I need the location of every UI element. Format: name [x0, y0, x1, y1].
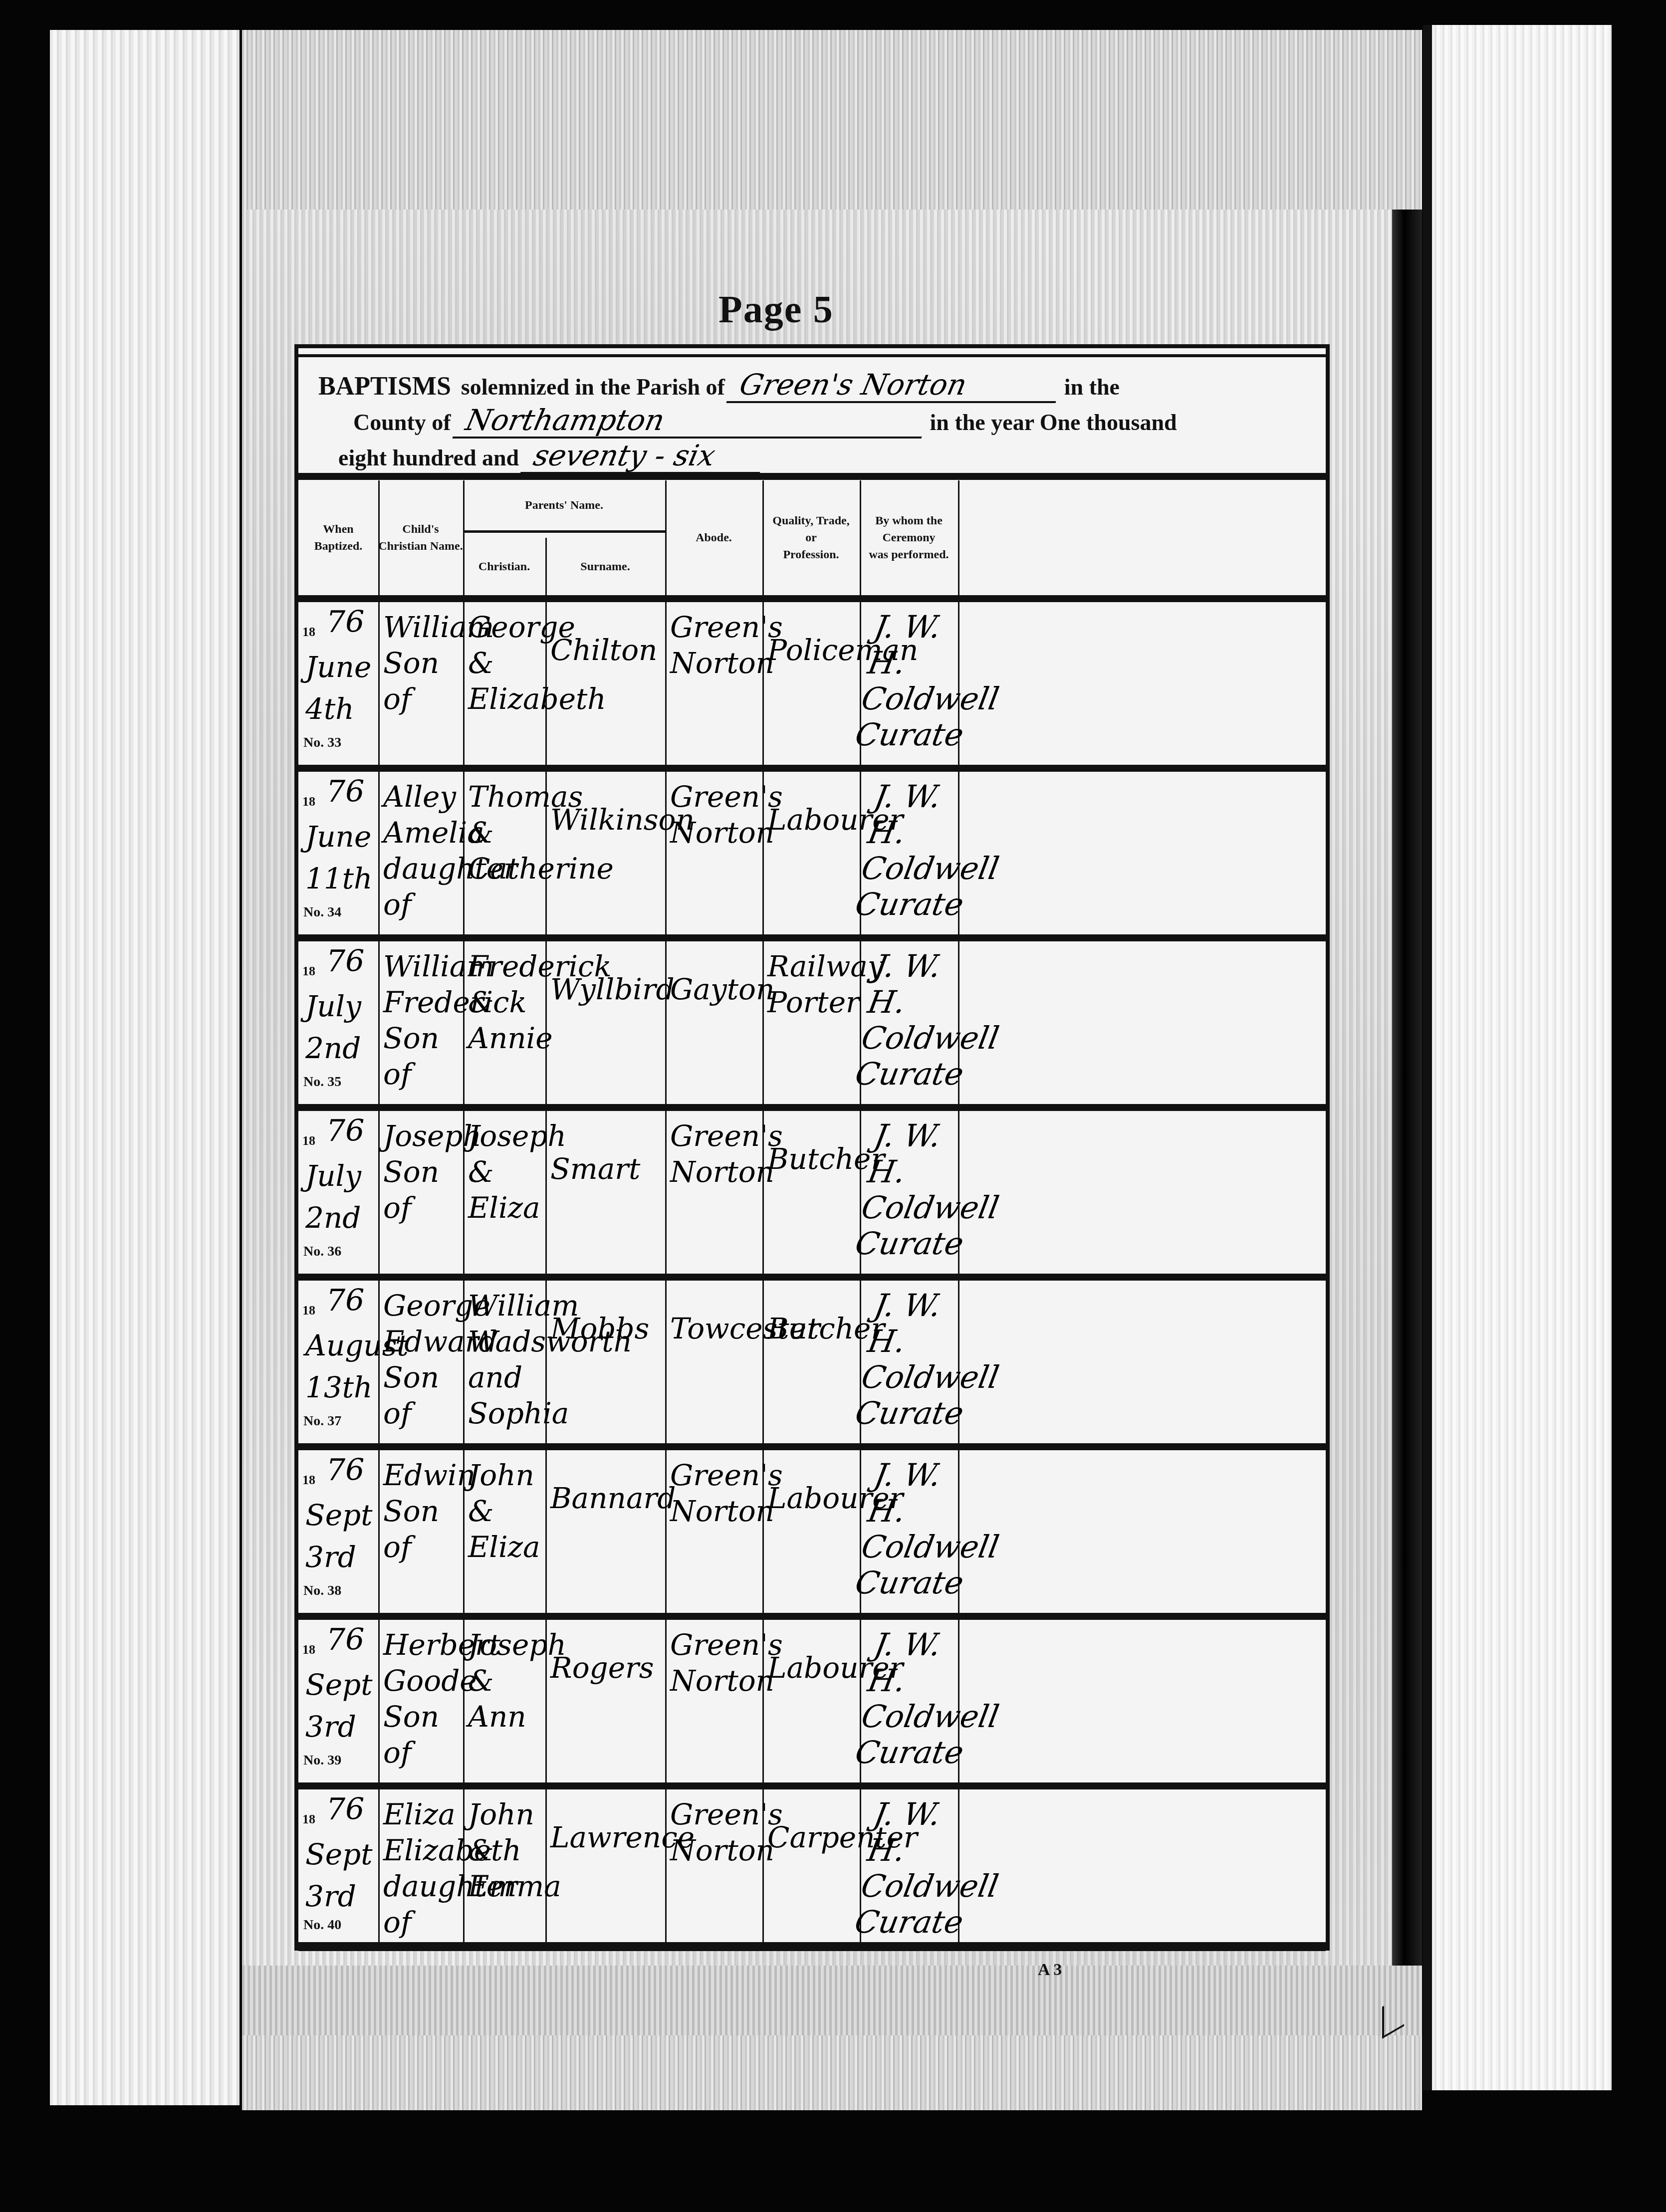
cell-parents-christian: William Wadsworth and Sophia — [463, 1281, 545, 1443]
parish-name-handwritten: Green's Norton — [726, 368, 1063, 403]
table-row: 18 76 August 13th No. 37 George Edward S… — [298, 1274, 1326, 1443]
entry-number: No. 35 — [303, 1064, 341, 1100]
microfilm-left-strip — [50, 30, 239, 2105]
heading-lead-word: BAPTISMS — [318, 370, 451, 403]
cell-parents-christian: George & Elizabeth — [463, 602, 545, 765]
entry-number: No. 33 — [303, 725, 341, 761]
year-suffix: 76 — [326, 1791, 364, 1827]
heading-line1-tail: in the — [1064, 371, 1120, 404]
county-name-handwritten: Northampton — [452, 404, 929, 439]
row-divider — [298, 1782, 1326, 1789]
cell-parents-christian: Frederick & Annie — [463, 941, 545, 1104]
cell-quality: Labourer — [762, 1620, 860, 1782]
baptism-date: June 4th — [305, 646, 371, 730]
table-row: 18 76 Sept 3rd No. 38 Edwin Son of John … — [298, 1443, 1326, 1613]
heading-line2-tail: in the year One thousand — [930, 406, 1177, 439]
baptism-table: When Baptized. Child's Christian Name. P… — [298, 480, 1326, 1947]
entry-number: No. 36 — [303, 1234, 341, 1270]
year-prefix: 18 — [302, 1632, 315, 1668]
year-suffix: 76 — [326, 604, 364, 640]
cell-when-baptized: 18 76 July 2nd No. 36 — [298, 1111, 378, 1274]
header-label: Child's Christian Name. — [378, 521, 463, 555]
row-divider — [298, 765, 1326, 772]
baptism-register-form: BAPTISMS solemnized in the Parish of Gre… — [294, 344, 1330, 1951]
header-abode: Abode. — [665, 480, 762, 595]
cell-surname: Rogers — [545, 1620, 665, 1782]
baptism-date: June 11th — [305, 816, 372, 899]
heading-line-3: eight hundred and seventy - six — [318, 439, 1316, 474]
table-row: 18 76 June 4th No. 33 William Son of Geo… — [298, 595, 1326, 765]
form-top-rule — [298, 354, 1326, 357]
row-divider — [298, 1443, 1326, 1450]
cell-surname: Mobbs — [545, 1281, 665, 1443]
cell-quality: Carpenter — [762, 1789, 860, 1947]
year-prefix: 18 — [302, 1123, 315, 1159]
header-when-baptized: When Baptized. — [298, 480, 378, 595]
year-prefix: 18 — [302, 953, 315, 989]
year-prefix: 18 — [302, 614, 315, 650]
cell-quality: Butcher — [762, 1111, 860, 1274]
cell-surname: Wyllbird — [545, 941, 665, 1104]
header-officiant: By whom the Ceremony was performed. — [860, 480, 958, 595]
cell-child-name: William Frederick Son of — [378, 941, 463, 1104]
parents-header-rule — [463, 530, 665, 533]
cell-officiant: J. W. H. Coldwell Curate — [845, 1281, 972, 1443]
cell-when-baptized: 18 76 Sept 3rd No. 40 — [298, 1789, 378, 1947]
year-prefix: 18 — [302, 1293, 315, 1328]
heading-county-label: County of — [353, 406, 451, 439]
header-label: Christian. — [463, 558, 545, 575]
year-prefix: 18 — [302, 1801, 315, 1837]
cell-officiant: J. W. H. Coldwell Curate — [846, 1789, 972, 1947]
page-number: Page 5 — [718, 287, 834, 332]
cell-parents-christian: John & Eliza — [463, 1450, 545, 1613]
cell-quality: Labourer — [762, 772, 860, 934]
cell-child-name: Joseph Son of — [378, 1111, 463, 1274]
header-label: Quality, Trade, or Profession. — [762, 512, 860, 563]
cell-parents-christian: John & Emma — [463, 1789, 545, 1947]
table-row: 18 76 June 11th No. 34 Alley Amelia daug… — [298, 765, 1326, 934]
table-row: 18 76 Sept 3rd No. 40 Eliza Elizabeth da… — [298, 1782, 1326, 1947]
page-bottom-margin — [242, 1966, 1422, 2035]
year-handwritten: seventy - six — [520, 439, 767, 474]
header-label: Parents' Name. — [463, 497, 665, 514]
cell-quality: Railway Porter — [762, 941, 860, 1104]
cell-officiant: J. W. H. Coldwell Curate — [845, 1450, 972, 1613]
cell-when-baptized: 18 76 June 4th No. 33 — [298, 602, 378, 765]
header-label: Abode. — [665, 529, 762, 546]
cell-child-name: Edwin Son of — [378, 1450, 463, 1613]
cell-quality: Policeman — [762, 602, 860, 765]
cell-parents-christian: Joseph & Eliza — [463, 1111, 545, 1274]
cell-officiant: J. W. H. Coldwell Curate — [845, 772, 972, 934]
cell-abode: Gayton — [665, 941, 762, 1104]
entry-number: No. 37 — [303, 1403, 341, 1439]
header-quality: Quality, Trade, or Profession. — [762, 480, 860, 595]
year-suffix: 76 — [326, 943, 364, 979]
year-suffix: 76 — [326, 774, 364, 810]
year-prefix: 18 — [302, 1462, 315, 1498]
heading-line-1: BAPTISMS solemnized in the Parish of Gre… — [318, 368, 1316, 404]
cell-parents-christian: Thomas & Catherine — [463, 772, 545, 934]
printer-signature-mark: A 3 — [1038, 1961, 1062, 1980]
register-heading: BAPTISMS solemnized in the Parish of Gre… — [318, 368, 1316, 474]
cell-parents-christian: Joseph & Ann — [463, 1620, 545, 1782]
entry-number: No. 34 — [303, 894, 341, 930]
cell-abode: Green's Norton — [665, 1620, 762, 1782]
year-prefix: 18 — [302, 784, 315, 820]
baptism-date: July 2nd — [305, 1155, 361, 1239]
header-label: Surname. — [545, 558, 665, 575]
heading-year-label: eight hundred and — [338, 442, 519, 474]
cell-child-name: Herbert Goode Son of — [378, 1620, 463, 1782]
cell-child-name: Eliza Elizabeth daughter of — [378, 1789, 463, 1947]
year-suffix: 76 — [326, 1283, 364, 1319]
cell-quality: Labourer — [762, 1450, 860, 1613]
cell-abode: Green's Norton — [665, 1450, 762, 1613]
cell-surname: Chilton — [545, 602, 665, 765]
cell-when-baptized: 18 76 June 11th No. 34 — [298, 772, 378, 934]
cell-abode: Towcester — [665, 1281, 762, 1443]
cell-when-baptized: 18 76 August 13th No. 37 — [298, 1281, 378, 1443]
cell-when-baptized: 18 76 Sept 3rd No. 39 — [298, 1620, 378, 1782]
cell-officiant: J. W. H. Coldwell Curate — [845, 602, 972, 765]
row-divider — [298, 1104, 1326, 1111]
cell-surname: Bannard — [545, 1450, 665, 1613]
header-parents-christian: Christian. — [463, 538, 545, 595]
entry-number: No. 39 — [303, 1743, 341, 1778]
cell-abode: Green's Norton — [665, 1111, 762, 1274]
header-parents-name: Parents' Name. — [463, 480, 665, 530]
table-row: 18 76 July 2nd No. 35 William Frederick … — [298, 934, 1326, 1104]
table-bottom-rule — [298, 1942, 1326, 1951]
year-suffix: 76 — [326, 1113, 364, 1149]
cell-surname: Lawrence — [545, 1789, 665, 1947]
cell-officiant: J. W. H. Coldwell Curate — [845, 1111, 972, 1274]
cell-child-name: William Son of — [378, 602, 463, 765]
row-divider — [298, 1274, 1326, 1281]
heading-line-2: County of Northampton in the year One th… — [318, 404, 1316, 439]
cell-when-baptized: 18 76 July 2nd No. 35 — [298, 941, 378, 1104]
baptism-date: Sept 3rd — [305, 1833, 378, 1917]
cell-quality: Butcher — [762, 1281, 860, 1443]
header-parents-surname: Surname. — [545, 538, 665, 595]
header-label: By whom the Ceremony was performed. — [860, 512, 958, 563]
table-row: 18 76 Sept 3rd No. 39 Herbert Goode Son … — [298, 1613, 1326, 1782]
cell-officiant: J. W. H. Coldwell Curate — [845, 1620, 972, 1782]
row-divider — [298, 934, 1326, 941]
year-suffix: 76 — [326, 1452, 364, 1488]
cell-surname: Smart — [545, 1111, 665, 1274]
cell-abode: Green's Norton — [665, 772, 762, 934]
cell-when-baptized: 18 76 Sept 3rd No. 38 — [298, 1450, 378, 1613]
header-label: When Baptized. — [298, 521, 378, 555]
row-divider — [298, 595, 1326, 602]
table-row: 18 76 July 2nd No. 36 Joseph Son of Jose… — [298, 1104, 1326, 1274]
header-child-name: Child's Christian Name. — [378, 480, 463, 595]
cell-abode: Green's Norton — [665, 602, 762, 765]
book-binding-edge — [1392, 210, 1422, 1966]
heading-bottom-rule — [298, 473, 1326, 480]
heading-parish-label: solemnized in the Parish of — [461, 371, 725, 404]
baptism-date: July 2nd — [305, 985, 361, 1069]
entry-number: No. 38 — [303, 1573, 341, 1609]
cell-abode: Green's Norton — [665, 1789, 762, 1947]
row-divider — [298, 1613, 1326, 1620]
cell-child-name: George Edward Son of — [378, 1281, 463, 1443]
cell-surname: Wilkinson — [545, 772, 665, 934]
year-suffix: 76 — [326, 1622, 364, 1658]
microfilm-right-strip — [1432, 25, 1612, 2090]
cell-child-name: Alley Amelia daughter of — [378, 772, 463, 934]
entry-number: No. 40 — [303, 1907, 341, 1943]
baptism-date: Sept 3rd — [305, 1494, 378, 1578]
baptism-date: Sept 3rd — [305, 1664, 378, 1748]
